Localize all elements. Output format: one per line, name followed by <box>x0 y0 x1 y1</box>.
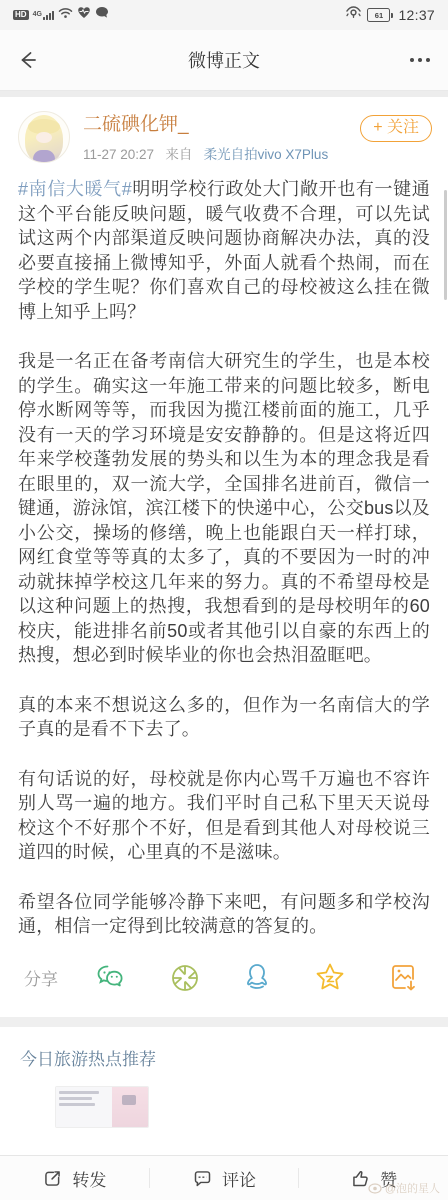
battery-level: 61 <box>367 8 390 22</box>
recommend-section: 今日旅游热点推荐 <box>0 1027 448 1128</box>
post-meta: 11-27 20:27 来自 柔光自拍vivo X7Plus <box>83 143 328 163</box>
nav-header: 微博正文 <box>0 30 448 91</box>
qzone-icon[interactable] <box>311 959 349 997</box>
post-text: 明明学校行政处大门敞开也有一键通这个平台能反映问题，暖气收费不合理，可以先试试这… <box>18 179 430 322</box>
wechat-icon[interactable] <box>93 959 131 997</box>
post-timestamp: 11-27 20:27 <box>83 147 154 162</box>
comment-icon <box>192 1168 213 1189</box>
cellular-signal-icon: 4G <box>33 11 54 20</box>
like-label: 赞 <box>380 1166 397 1191</box>
network-type-label: 4G <box>33 11 42 18</box>
status-left-icons: HD 4G <box>13 6 109 24</box>
post-paragraph: 真的本来不想说这么多的，但作为一名南信大的学子真的是看不下去了。 <box>18 693 430 742</box>
wifi-icon <box>58 6 73 24</box>
repost-button[interactable]: 转发 <box>0 1156 149 1200</box>
back-button[interactable] <box>16 47 42 73</box>
post-paragraph: 我是一名正在备考南信大研究生的学生，也是本校的学生。确实这一年施工带来的问题比较… <box>18 349 430 668</box>
repost-icon <box>42 1168 63 1189</box>
username[interactable]: 二硫碘化钾_ <box>83 113 328 137</box>
section-divider <box>0 1017 448 1027</box>
share-row: 分享 <box>0 939 448 1017</box>
recommend-thumbnail <box>55 1086 149 1128</box>
post-body: #南信大暖气#明明学校行政处大门敞开也有一键通这个平台能反映问题，暖气收费不合理… <box>0 163 448 939</box>
health-heart-icon <box>77 6 91 24</box>
like-button[interactable]: 赞 <box>299 1156 448 1200</box>
share-label: 分享 <box>24 965 58 990</box>
recommend-item[interactable] <box>55 1086 448 1128</box>
post-paragraph: 有句话说的好，母校就是你内心骂千万遍也不容许别人骂一遍的地方。我们平时自己私下里… <box>18 767 430 865</box>
save-image-icon[interactable] <box>384 959 422 997</box>
qq-icon[interactable] <box>238 959 276 997</box>
post-source-link[interactable]: 柔光自拍vivo X7Plus <box>204 147 329 162</box>
battery-icon: 61 <box>367 8 393 22</box>
recommend-title[interactable]: 今日旅游热点推荐 <box>0 1027 448 1080</box>
message-bubble-icon <box>95 6 109 24</box>
follow-button[interactable]: + 关注 <box>360 115 432 142</box>
repost-label: 转发 <box>72 1166 106 1191</box>
back-arrow-icon <box>16 48 40 72</box>
hashtag-link[interactable]: #南信大暖气# <box>18 179 132 199</box>
like-icon <box>350 1168 371 1189</box>
hd-badge-icon: HD <box>13 10 29 20</box>
post-paragraph: #南信大暖气#明明学校行政处大门敞开也有一键通这个平台能反映问题，暖气收费不合理… <box>18 177 430 324</box>
post-author-row: 二硫碘化钾_ 11-27 20:27 来自 柔光自拍vivo X7Plus + … <box>0 97 448 163</box>
wechat-moments-icon[interactable] <box>166 959 204 997</box>
bottom-action-bar: 转发 评论 赞 <box>0 1155 448 1200</box>
scrollbar-thumb[interactable] <box>444 190 447 300</box>
comment-button[interactable]: 评论 <box>150 1156 299 1200</box>
status-right-icons: 61 12:37 <box>345 6 435 24</box>
source-prefix: 来自 <box>165 147 192 162</box>
avatar[interactable] <box>18 111 70 163</box>
status-bar: HD 4G <box>0 0 448 30</box>
post-paragraph: 希望各位同学能够冷静下来吧，有问题多和学校沟通，相信一定得到比较满意的答复的。 <box>18 890 430 939</box>
comment-label: 评论 <box>222 1166 256 1191</box>
eye-protection-icon <box>345 6 362 24</box>
page-title: 微博正文 <box>0 47 448 73</box>
more-options-button[interactable] <box>408 52 432 68</box>
clock-time: 12:37 <box>398 7 435 23</box>
